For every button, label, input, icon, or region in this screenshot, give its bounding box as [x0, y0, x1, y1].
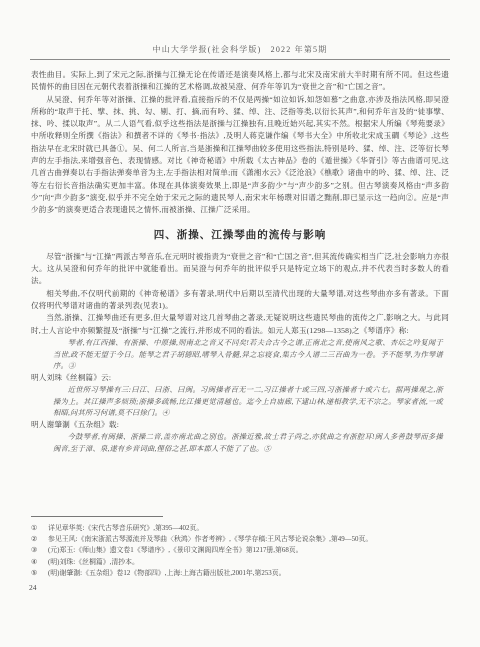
- paragraph: 明人刘珠《丝桐篇》云:: [31, 372, 449, 384]
- paragraph: 相关琴曲,不仅明代前期的《神奇秘谱》多有著录,明代中后期以至清代出现的大量琴谱,…: [31, 288, 449, 313]
- block-quote: 今鼓琴者,有闽操、浙操二音,盖亦南北曲之别也。浙操近雅,故士君子尚之,亦犹曲之有…: [53, 431, 443, 454]
- journal-page: 中山大学学报(社会科学版) 2022 年第5期 表性曲目。实际上,到了宋元之际,…: [0, 0, 480, 647]
- footnote-marker: ②: [31, 534, 48, 545]
- block-quote: 琴者,有江西操、有浙操、中原操,则南北之音又不同矣!若夫合古今之谱,正南北之音,…: [53, 337, 443, 372]
- footnote: ⑤ (明)谢肇淛:《五杂组》卷12《物部四》,上海:上海古籍出版社,2001年,…: [31, 568, 449, 579]
- journal-header: 中山大学学报(社会科学版) 2022 年第5期: [0, 0, 480, 55]
- footnote-text: (明)谢肇淛:《五杂组》卷12《物部四》,上海:上海古籍出版社,2001年,第2…: [48, 568, 449, 579]
- footnote-marker: ④: [31, 557, 48, 568]
- footnote-marker: ⑤: [31, 568, 48, 579]
- footnote: ① 详见章华英:《宋代古琴音乐研究》,第395—402页。: [31, 523, 449, 534]
- footnote-text: 详见章华英:《宋代古琴音乐研究》,第395—402页。: [48, 523, 449, 534]
- footnote-marker: ③: [31, 545, 48, 556]
- section-heading: 四、浙操、江操琴曲的流传与影响: [31, 230, 449, 242]
- block-quote: 近世所习琴操有三:曰江、曰浙、曰闽。习闽操者百无一二,习江操者十或三四,习浙操者…: [53, 384, 443, 419]
- footnote-text: 参见王风:《南宋浙派古琴源流并及琴曲〈秋鸿〉作者考辨》,《琴学存稿:王风古琴论说…: [48, 534, 449, 545]
- paragraph: 当然,浙操、江操琴曲还有更多,但大量琴谱对这几首琴曲之著录,无疑说明这些遗民琴曲…: [31, 312, 449, 337]
- footnotes-section: ① 详见章华英:《宋代古琴音乐研究》,第395—402页。 ② 参见王风:《南宋…: [31, 516, 449, 579]
- footnote-divider: [31, 516, 163, 517]
- header-rule: [30, 59, 450, 60]
- footnote: ③ (元)郑玉:《师山集》遗文卷1《琴谱序》,《景印文渊阁四库全书》第1217册…: [31, 545, 449, 556]
- page-number: 24: [29, 583, 37, 592]
- footnote: ② 参见王风:《南宋浙派古琴源流并及琴曲〈秋鸿〉作者考辨》,《琴学存稿:王风古琴…: [31, 534, 449, 545]
- paragraph: 表性曲目。实际上,到了宋元之际,浙操与江操无论在传谱还是演奏风格上,都与北宋及南…: [31, 69, 449, 94]
- footnote-text: (明)刘珠:《丝桐篇》,清抄本。: [48, 557, 449, 568]
- paragraph: 尽管“浙操”与“江操”两派古琴音乐,在元明时被指责为“衰世之音”和“亡国之音”,…: [31, 251, 449, 288]
- footnote-text: (元)郑玉:《师山集》遗文卷1《琴谱序》,《景印文渊阁四库全书》第1217册,第…: [48, 545, 449, 556]
- paragraph: 明人谢肇淛《五杂组》载:: [31, 419, 449, 431]
- footnote: ④ (明)刘珠:《丝桐篇》,清抄本。: [31, 557, 449, 568]
- article-body: 表性曲目。实际上,到了宋元之际,浙操与江操无论在传谱还是演奏风格上,都与北宋及南…: [31, 69, 449, 454]
- footnote-marker: ①: [31, 523, 48, 534]
- paragraph: 从吴澄、何乔年等对浙操、江操的批评看,直接指斥的不仅是两操“如泣如诉,如怨如慕”…: [31, 94, 449, 217]
